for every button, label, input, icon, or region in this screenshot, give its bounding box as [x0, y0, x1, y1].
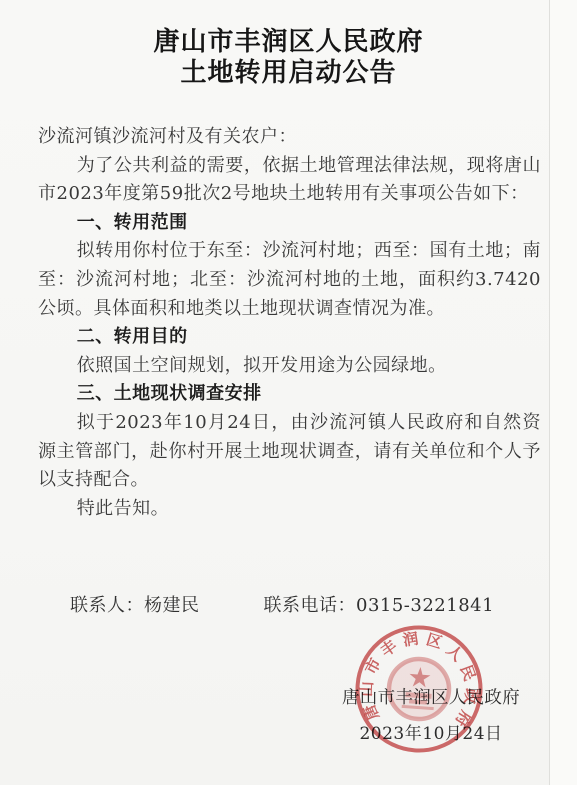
- scanned-announcement-page: 唐山市丰润区人民政府 土地转用启动公告 沙流河镇沙流河村及有关农户： 为了公共利…: [0, 0, 577, 785]
- contact-phone-label: 联系电话：: [264, 595, 357, 616]
- contact-person-name: 杨建民: [144, 595, 200, 616]
- official-seal: 唐山市丰润区人民政府: [348, 618, 490, 760]
- document-title: 唐山市丰润区人民政府 土地转用启动公告: [0, 0, 577, 89]
- section-2-paragraph: 依照国土空间规划，拟开发用途为公园绿地。: [38, 352, 541, 381]
- svg-text:山: 山: [357, 681, 377, 697]
- title-line-subject: 土地转用启动公告: [0, 58, 577, 89]
- svg-text:区: 区: [424, 629, 445, 652]
- scan-paper-strip: [550, 0, 577, 785]
- svg-text:政: 政: [461, 688, 482, 706]
- scan-edge-line: [549, 0, 550, 785]
- contact-info: 联系人：杨建民 联系电话：0315-3221841: [70, 591, 494, 617]
- salutation: 沙流河镇沙流河村及有关农户：: [38, 123, 541, 152]
- svg-text:唐: 唐: [359, 701, 383, 723]
- closing-notice: 特此告知。: [38, 495, 541, 524]
- section-heading-2: 二、转用目的: [38, 323, 541, 352]
- section-3-paragraph: 拟于2023年10月24日，由沙流河镇人民政府和自然资源主管部门，赴你村开展土地…: [38, 409, 541, 495]
- contact-phone-number: 0315-3221841: [356, 595, 494, 616]
- government-seal-icon: 唐山市丰润区人民政府: [348, 618, 490, 760]
- contact-person-label: 联系人：: [70, 595, 144, 616]
- section-1-paragraph: 拟转用你村位于东至：沙流河村地；西至：国有土地；南至：沙流河村地；北至：沙流河村…: [38, 237, 541, 323]
- section-heading-3: 三、土地现状调查安排: [38, 380, 541, 409]
- national-emblem-icon: [387, 657, 451, 721]
- section-heading-1: 一、转用范围: [38, 209, 541, 238]
- svg-text:润: 润: [400, 628, 420, 649]
- intro-paragraph: 为了公共利益的需要，依据土地管理法律法规，现将唐山市2023年度第59批次2号地…: [38, 152, 541, 209]
- svg-text:民: 民: [456, 662, 479, 684]
- contact-phone: 联系电话：0315-3221841: [264, 591, 495, 617]
- contact-person: 联系人：杨建民: [70, 591, 200, 617]
- document-body: 沙流河镇沙流河村及有关农户： 为了公共利益的需要，依据土地管理法律法规，现将唐山…: [0, 123, 577, 523]
- svg-text:府: 府: [451, 707, 476, 731]
- title-line-issuer: 唐山市丰润区人民政府: [0, 27, 577, 58]
